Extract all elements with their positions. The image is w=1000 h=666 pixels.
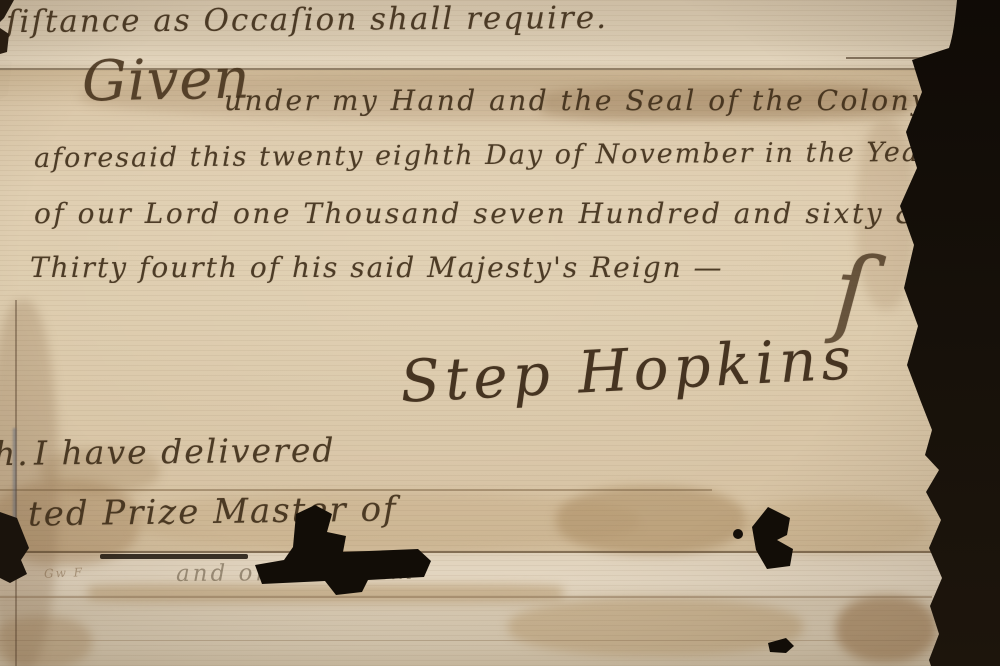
paper-stain — [556, 486, 746, 554]
edge-fragment: h. — [0, 434, 30, 473]
paper-strip-foot — [0, 597, 968, 666]
line-prize-master: ted Prize Master of — [28, 489, 398, 534]
line-under-my-hand: under my Hand and the Seal of the Colony — [224, 84, 930, 117]
line-date: aforesaid this twenty eighth Day of Nove… — [34, 137, 935, 174]
line-faded: and ordered him — [176, 559, 416, 587]
paper-stain — [742, 498, 927, 554]
paper-stain — [836, 596, 936, 662]
line-delivered: I have delivered — [34, 430, 336, 472]
line-occasion: ſiſtance as Occaſion shall require. — [6, 0, 608, 40]
line-year: of our Lord one Thousand seven Hundred a… — [34, 197, 923, 230]
paper-stain — [88, 584, 563, 602]
line-reign: Thirty fourth of his said Majesty's Reig… — [30, 251, 724, 284]
manuscript-photo: ſiſtance as Occaſion shall require. Give… — [0, 0, 1000, 666]
faint-notation: Gw F — [44, 565, 84, 580]
paper-stain — [508, 598, 803, 656]
